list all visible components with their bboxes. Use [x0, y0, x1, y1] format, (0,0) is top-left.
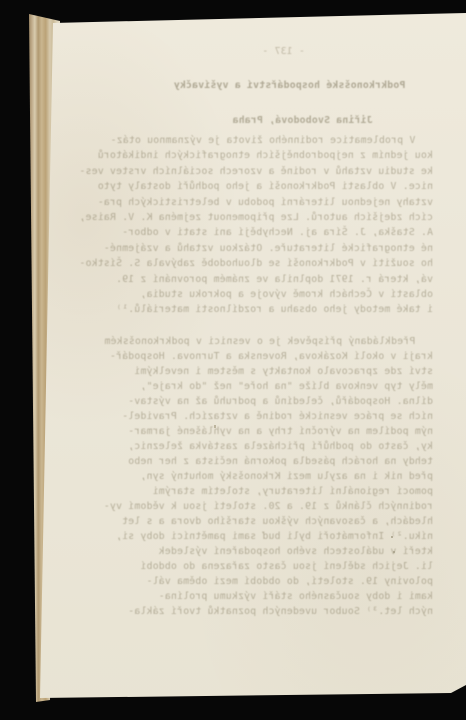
text-line: před nik i na azylu mezi Krkonošský mohu… [100, 469, 433, 484]
paper-speck [214, 425, 216, 428]
text-line: hledách, a časovaných výškou staršího dv… [100, 514, 433, 529]
text-line: poloviny 19. století, do období mezi obě… [100, 574, 433, 589]
text-line: kami i doby současného stáří výzkumu pro… [100, 589, 433, 604]
text-line: ho soužití v Podkrkonoší se dlouhodobě z… [100, 256, 433, 271]
text-line: oblastí v Čechách kromě vývoje a pokroku… [100, 287, 433, 302]
text-line: ky, často do podhůří přicházela zastávka… [100, 439, 433, 454]
text-line: rodinných článků z 19. a 20. století jso… [100, 499, 433, 514]
text-line: ných let.³⁾ Soubor uvedených poznatků tv… [100, 604, 433, 619]
text-line: kou jedním z nejpodrobnějších etnografic… [100, 148, 433, 163]
text-line: vá, která r. 1971 doplnila ve známém por… [100, 272, 433, 287]
book-page: - 137 - Podkrkonošské hospodářství a vyš… [0, 0, 466, 720]
text-line: né etnografické literatuře. Otázkou vzta… [100, 241, 433, 256]
paper-speck [391, 536, 393, 538]
article-title: Podkrkonošské hospodářství a vyšívačky [123, 78, 456, 93]
text-line: kteří v událostech svého hospodaření výs… [100, 544, 433, 559]
show-through-text: - 137 - Podkrkonošské hospodářství a vyš… [100, 44, 433, 619]
text-line: pomocí regionální literatury, stoletím s… [100, 484, 433, 499]
paragraph: Předkládaný příspěvek je o vesnici v pod… [100, 334, 433, 619]
author-line: Jiřina Svobodová, Praha [136, 113, 466, 128]
text-line: A. Staška, J. Šíra aj. Nechybějí ani sta… [100, 225, 433, 240]
text-line: li. Jejich sdělení jsou často zařazena d… [100, 559, 433, 574]
text-line: kraji v okolí Kozákova, Rovenska a Turno… [100, 349, 433, 364]
paragraph: V problematice rodinného života je význa… [100, 133, 433, 318]
text-line: i také metody jeho obsahu a rozdílnosti … [100, 302, 433, 317]
page-number: - 137 - [117, 44, 450, 59]
text-line: tehdy na horách pásedla pokorná nečista … [100, 454, 433, 469]
text-line: cích zdejších autorů. Lze připomenout ze… [100, 210, 433, 225]
text-line: ným podílem na výroční trhy a na vyhláše… [100, 424, 433, 439]
scanned-book-photo: - 137 - Podkrkonošské hospodářství a vyš… [0, 0, 466, 720]
text-line: níku.²⁾ Informátoři byli buď sami pamětn… [100, 529, 433, 544]
body-text: V problematice rodinného života je význa… [100, 133, 433, 619]
text-line: ních se práce vesnické rodině a vztazích… [100, 409, 433, 424]
paper-speck [393, 551, 395, 553]
text-line: vztahy nejednou literární podobu v belet… [100, 195, 433, 210]
text-line: dílna. Hospodářů, čeledínů a podruhů až … [100, 394, 433, 409]
text-line: ke studiu vztahů v rodině a vzorech soci… [100, 164, 433, 179]
text-line: Předkládaný příspěvek je o vesnici v pod… [100, 334, 433, 349]
text-line: nice. V oblasti Podkrkonoší a jeho podhů… [100, 179, 433, 194]
text-line: ství zde zpracovalo kontakty s městem i … [100, 364, 433, 379]
text-line: V problematice rodinného života je význa… [100, 133, 433, 148]
text-line: měly typ venkova blíže "na hoře" než "do… [100, 379, 433, 394]
